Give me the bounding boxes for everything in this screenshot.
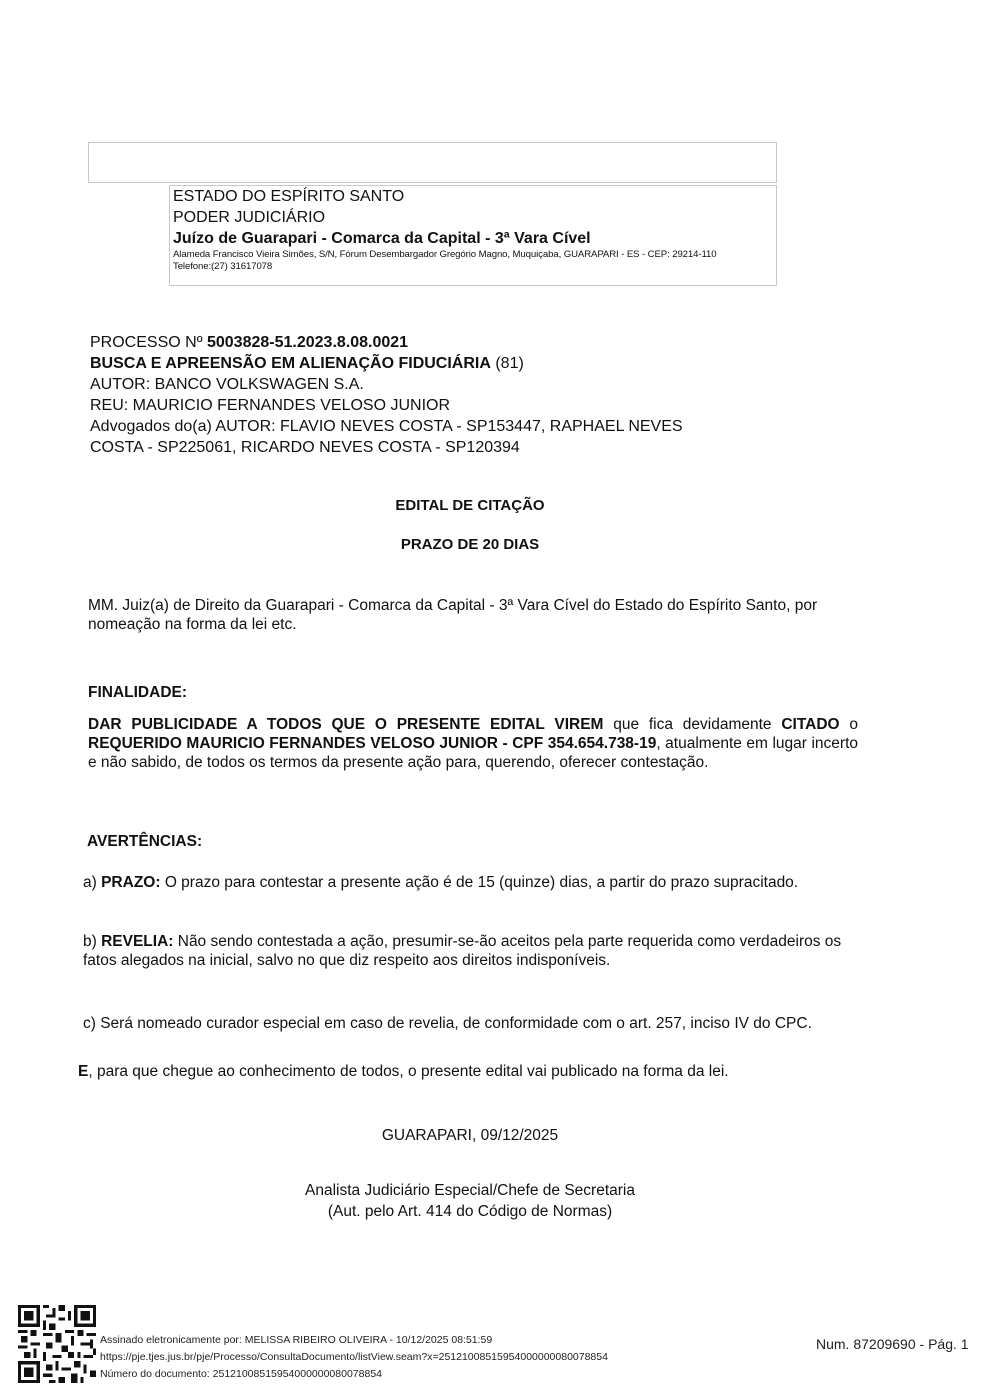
process-class-code: (81) bbox=[491, 355, 524, 372]
item-a-text: O prazo para contestar a presente ação é… bbox=[161, 874, 799, 891]
finalidade-text-1: que fica devidamente bbox=[603, 716, 781, 733]
intro-paragraph: MM. Juiz(a) de Direito da Guarapari - Co… bbox=[88, 596, 833, 634]
page-info: Num. 87209690 - Pág. 1 bbox=[816, 1336, 969, 1352]
item-c-text: Será nomeado curador especial em caso de… bbox=[100, 1015, 812, 1032]
signature-authorization: (Aut. pelo Art. 414 do Código de Normas) bbox=[0, 1201, 940, 1222]
avertencia-item-b: b) REVELIA: Não sendo contestada a ação,… bbox=[83, 932, 843, 970]
document-title: EDITAL DE CITAÇÃO bbox=[0, 497, 940, 514]
item-b-label: b) bbox=[83, 933, 101, 950]
process-label: PROCESSO Nº bbox=[90, 334, 207, 351]
finalidade-lead: DAR PUBLICIDADE A TODOS QUE O PRESENTE E… bbox=[88, 716, 603, 733]
item-b-text: Não sendo contestada a ação, presumir-se… bbox=[83, 933, 841, 969]
avertencia-item-c: c) Será nomeado curador especial em caso… bbox=[83, 1014, 843, 1033]
place-date: GUARAPARI, 09/12/2025 bbox=[0, 1125, 940, 1146]
court-name: Juízo de Guarapari - Comarca da Capital … bbox=[173, 228, 763, 249]
item-c-label: c) bbox=[83, 1015, 100, 1032]
process-defendant: REU: MAURICIO FERNANDES VELOSO JUNIOR bbox=[90, 395, 683, 416]
process-lawyers-1: Advogados do(a) AUTOR: FLAVIO NEVES COST… bbox=[90, 416, 683, 437]
closing-lead: E bbox=[78, 1063, 88, 1080]
closing-paragraph: E, para que chegue ao conhecimento de to… bbox=[78, 1062, 848, 1081]
qr-code-icon bbox=[18, 1305, 96, 1383]
item-a-title: PRAZO: bbox=[101, 874, 160, 891]
document-subtitle: PRAZO DE 20 DIAS bbox=[0, 536, 940, 553]
court-address: Alameda Francisco Vieira Simões, S/N, Fó… bbox=[173, 249, 763, 261]
document-url[interactable]: https://pje.tjes.jus.br/pje/Processo/Con… bbox=[100, 1349, 608, 1366]
header-empty-box bbox=[88, 142, 777, 183]
process-info: PROCESSO Nº 5003828-51.2023.8.08.0021 BU… bbox=[90, 332, 683, 458]
finalidade-defendant: REQUERIDO MAURICIO FERNANDES VELOSO JUNI… bbox=[88, 735, 656, 752]
signed-by: Assinado eletronicamente por: MELISSA RI… bbox=[100, 1332, 608, 1349]
finalidade-paragraph: DAR PUBLICIDADE A TODOS QUE O PRESENTE E… bbox=[88, 715, 858, 772]
judiciary-name: PODER JUDICIÁRIO bbox=[173, 207, 763, 228]
process-class: BUSCA E APREENSÃO EM ALIENAÇÃO FIDUCIÁRI… bbox=[90, 355, 491, 372]
court-phone: Telefone:(27) 31617078 bbox=[173, 261, 763, 273]
finalidade-cited: CITADO bbox=[781, 716, 839, 733]
finalidade-heading: FINALIDADE: bbox=[88, 683, 187, 702]
item-b-title: REVELIA: bbox=[101, 933, 173, 950]
court-header: ESTADO DO ESPÍRITO SANTO PODER JUDICIÁRI… bbox=[169, 185, 777, 286]
document-number: Número do documento: 2512100851595400000… bbox=[100, 1366, 608, 1383]
avertencias-heading: AVERTÊNCIAS: bbox=[87, 832, 202, 851]
state-name: ESTADO DO ESPÍRITO SANTO bbox=[173, 186, 763, 207]
avertencia-item-a: a) PRAZO: O prazo para contestar a prese… bbox=[83, 873, 843, 892]
item-a-label: a) bbox=[83, 874, 101, 891]
process-author: AUTOR: BANCO VOLKSWAGEN S.A. bbox=[90, 374, 683, 395]
closing-text: , para que chegue ao conhecimento de tod… bbox=[88, 1063, 728, 1080]
process-lawyers-2: COSTA - SP225061, RICARDO NEVES COSTA - … bbox=[90, 437, 683, 458]
signature-footer: Assinado eletronicamente por: MELISSA RI… bbox=[100, 1332, 608, 1383]
process-number: 5003828-51.2023.8.08.0021 bbox=[207, 334, 408, 351]
signature-role: Analista Judiciário Especial/Chefe de Se… bbox=[0, 1180, 940, 1201]
finalidade-text-2: o bbox=[840, 716, 858, 733]
